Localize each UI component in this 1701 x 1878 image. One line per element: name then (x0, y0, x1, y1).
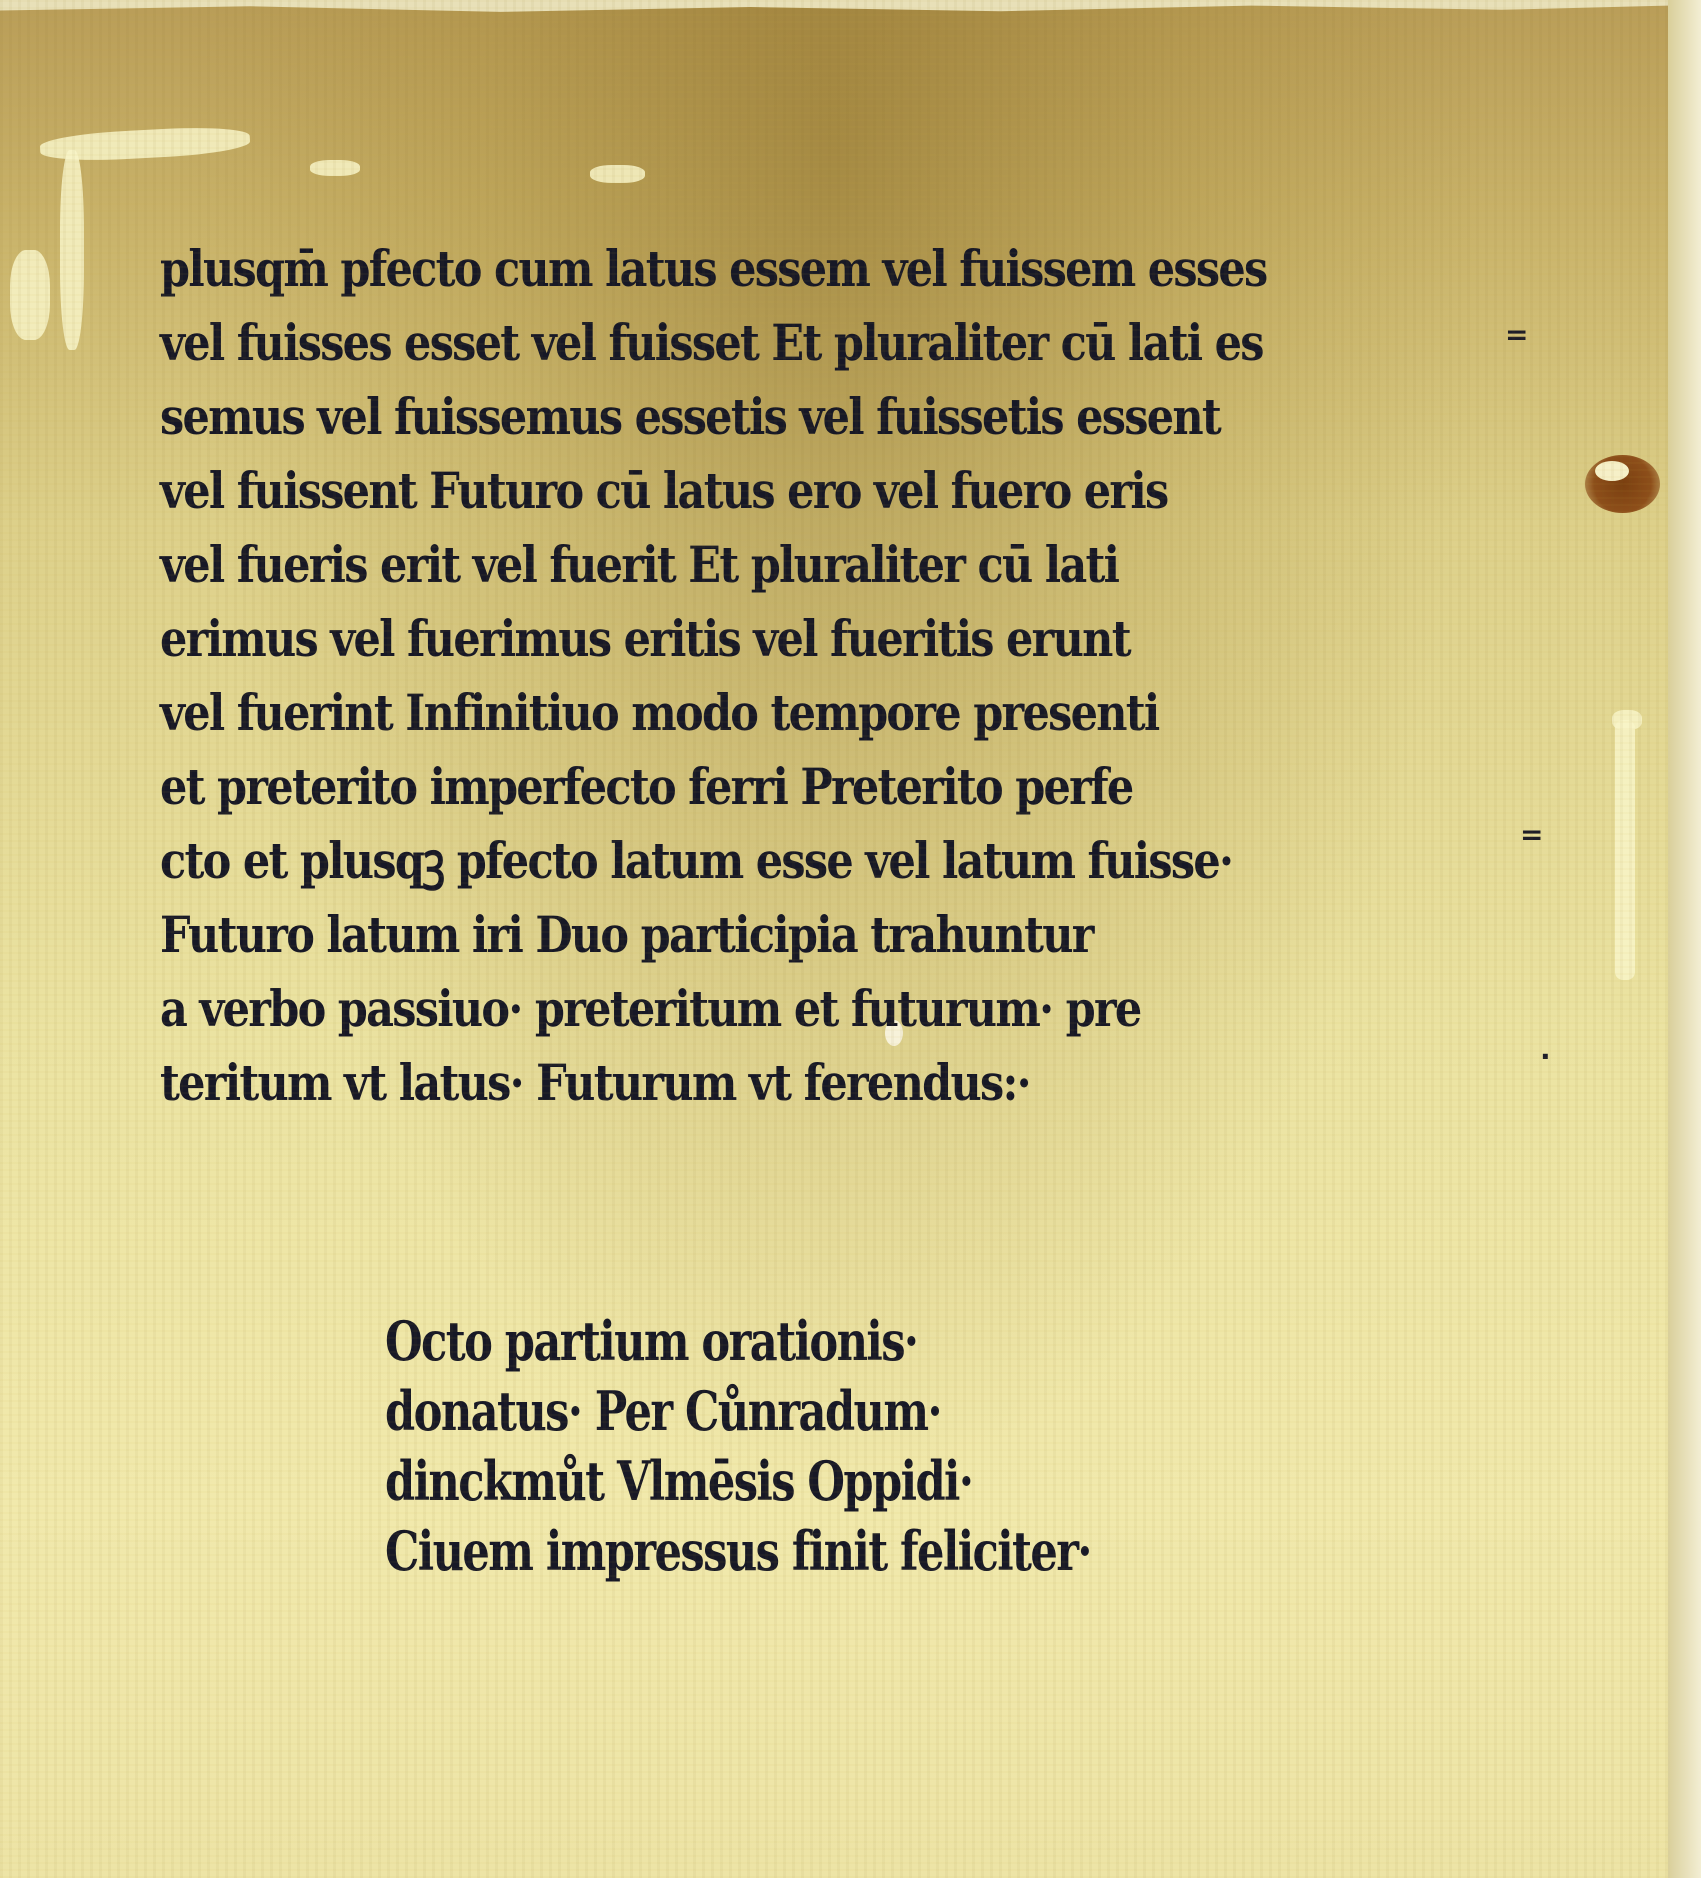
parchment-page: plusqm̄ pfecto cum latus essem vel fuiss… (0, 0, 1668, 1878)
torn-top-edge (0, 0, 1668, 14)
text-line: teritum vt latus· Futurum vt ferendus:· (160, 1046, 1338, 1120)
text-line: et preterito imperfecto ferri Preterito … (160, 750, 1338, 824)
text-line: erimus vel fuerimus eritis vel fueritis … (160, 602, 1338, 676)
text-line: Futuro latum iri Duo participia trahuntu… (160, 898, 1338, 972)
text-line: semus vel fuissemus essetis vel fuisseti… (160, 380, 1338, 454)
text-line: vel fuisses esset vel fuisset Et plurali… (160, 306, 1338, 380)
text-line: vel fuerint Infinitiuo modo tempore pres… (160, 676, 1338, 750)
water-stain (590, 165, 645, 183)
water-stain (1615, 720, 1635, 980)
water-stain (1612, 710, 1642, 730)
main-text-block: plusqm̄ pfecto cum latus essem vel fuiss… (160, 232, 1530, 1120)
hyphen-mark: · (1540, 1040, 1551, 1073)
water-stain (10, 250, 50, 340)
text-line: cto et plusqꝫ pfecto latum esse vel latu… (160, 824, 1338, 898)
colophon-line: Ciuem impressus finit feliciter· (385, 1516, 1201, 1586)
colophon-line: Octo partium orationis· (385, 1306, 1201, 1376)
colophon-line: dinckmůt Vlmēsis Oppidi· (385, 1446, 1201, 1516)
text-line: plusqm̄ pfecto cum latus essem vel fuiss… (160, 232, 1338, 306)
colophon: Octo partium orationis· donatus· Per Cůn… (385, 1306, 1405, 1586)
water-stain (310, 160, 360, 176)
page-edge (1668, 0, 1701, 1878)
brown-stain (1585, 455, 1660, 513)
colophon-line: donatus· Per Cůnradum· (385, 1376, 1201, 1446)
hyphen-mark: = (1520, 818, 1543, 851)
water-stain (60, 150, 84, 350)
text-line: vel fuissent Futuro cū latus ero vel fue… (160, 454, 1338, 528)
text-line: vel fueris erit vel fuerit Et pluraliter… (160, 528, 1338, 602)
text-line: a verbo passiuo· preteritum et futurum· … (160, 972, 1338, 1046)
hyphen-mark: = (1505, 318, 1528, 351)
